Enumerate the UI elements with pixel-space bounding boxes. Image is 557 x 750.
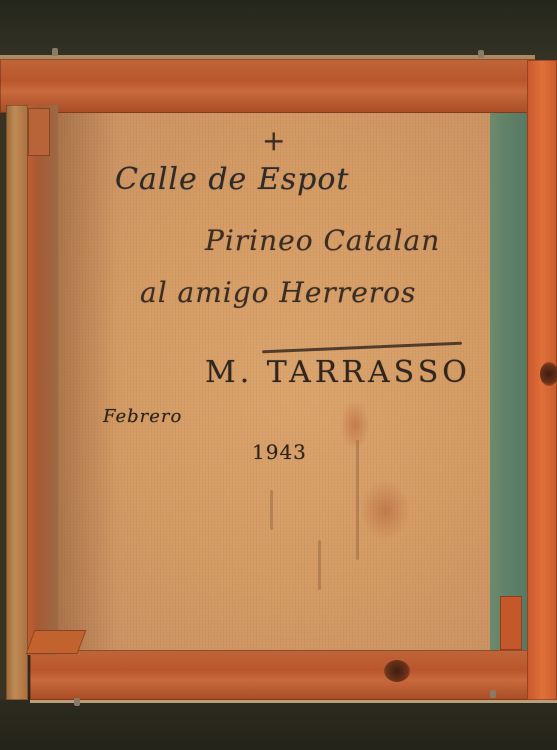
inscription-year: 1943 — [252, 440, 307, 464]
inscription-cross: + — [262, 124, 286, 157]
inscription-dedication: al amigo Herreros — [140, 276, 416, 309]
wall-background-bottom — [0, 700, 557, 750]
nail-icon — [52, 48, 58, 56]
artist-signature: M. TARRASSO — [205, 355, 471, 390]
green-painted-strip — [490, 112, 527, 650]
paint-drip — [270, 490, 273, 530]
paint-stain — [360, 480, 410, 540]
corner-key-top-left — [28, 108, 50, 156]
nail-icon — [478, 50, 484, 58]
frame-bottom-rail — [30, 650, 557, 703]
corner-key-bottom-left — [26, 630, 87, 654]
inscription-location: Pirineo Catalan — [205, 224, 440, 257]
paint-stain — [340, 400, 370, 450]
wall-background-top — [0, 0, 557, 60]
canvas-shadow — [58, 109, 118, 653]
paint-drip — [356, 440, 359, 560]
inscription-month: Febrero — [103, 406, 182, 427]
corner-key-bottom-right — [500, 596, 522, 650]
wood-knot-bottom — [384, 660, 410, 682]
inscription-title: Calle de Espot — [115, 162, 349, 197]
paint-drip — [318, 540, 321, 590]
frame-inner-left-stile — [28, 105, 58, 655]
frame-top-rail — [0, 55, 535, 113]
frame-left-rail — [6, 105, 28, 700]
wood-knot-right — [540, 362, 557, 386]
nail-icon — [74, 698, 80, 706]
nail-icon — [490, 690, 496, 698]
